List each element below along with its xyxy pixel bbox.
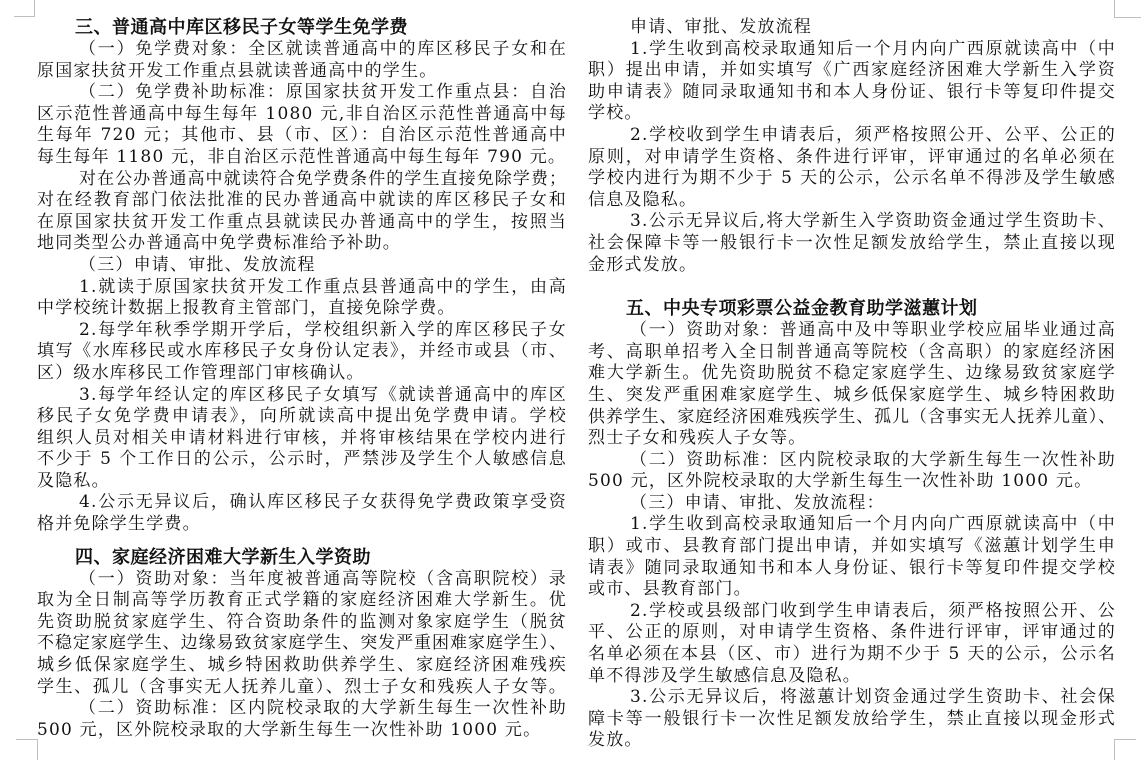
text-line: 500 元，区外院校录取的大学新生每生一次性补助 1000 元。 xyxy=(588,471,1116,493)
corner-mark-bottom-left xyxy=(37,739,38,760)
text-line: 2.学校收到学生申请表后，须严格按照公开、公平、公正的 xyxy=(588,125,1116,147)
text-line: 4.公示无异议后，确认库区移民子女获得免学费政策享受资 xyxy=(37,492,567,514)
text-line: 格并免除学生学费。 xyxy=(37,514,567,536)
corner-mark-bottom-right xyxy=(1114,739,1136,740)
text-line: （二）资助标准：区内院校录取的大学新生每生一次性补助 xyxy=(37,698,567,720)
text-line: 供养学生、家庭经济困难残疾学生、孤儿（含事实无人抚养儿童）、 xyxy=(588,407,1116,429)
text-line: （三）申请、审批、发放流程： xyxy=(588,493,1116,515)
text-line: 不稳定家庭学生、边缘易致贫家庭学生、突发严重困难家庭学生）、 xyxy=(37,633,567,655)
text-line: 学生、孤儿（含事实无人抚养儿童）、烈士子女和残疾人子女等。 xyxy=(37,677,567,699)
text-line: 3.公示无异议后,将大学新生入学资助资金通过学生资助卡、 xyxy=(588,211,1116,233)
text-line: 难大学新生。优先资助脱贫不稳定家庭学生、边缘易致贫家庭学 xyxy=(588,363,1116,385)
right-column: 申请、审批、发放流程1.学生收到高校录取通知后一个月内向广西原就读高中（中职）提… xyxy=(588,17,1116,752)
text-line: 请表》随同录取通知书和本人身份证、银行卡等复印件提交学校 xyxy=(588,558,1116,580)
corner-mark-top-right xyxy=(1114,17,1141,18)
text-line: （一）资助对象：普通高中及中等职业学校应届毕业通过高 xyxy=(588,320,1116,342)
text-line: 生每年 720 元；其他市、县（市、区）：自治区示范性普通高中 xyxy=(37,125,567,147)
text-line: 填写《水库移民或水库移民子女身份认定表》，并经市或县（市、 xyxy=(37,341,567,363)
text-line: 2.学校或县级部门收到学生申请表后，须严格按照公开、公 xyxy=(588,601,1116,623)
corner-mark-top-left xyxy=(14,16,35,17)
corner-mark-bottom-left xyxy=(16,739,38,740)
corner-mark-top-left xyxy=(34,0,35,17)
section-3-body: （一）免学费对象：全区就读普通高中的库区移民子女和在原国家扶贫开发工作重点县就读… xyxy=(37,39,567,536)
text-line: 学校。 xyxy=(588,103,1116,125)
corner-mark-top-right xyxy=(1114,0,1115,18)
text-line: 2.每学年秋季学期开学后，学校组织新入学的库区移民子女 xyxy=(37,320,567,342)
text-line: 1.学生收到高校录取通知后一个月内向广西原就读高中（中 xyxy=(588,39,1116,61)
text-line: 组织人员对相关申请材料进行审核，并将审核结果在学校内进行 xyxy=(37,428,567,450)
text-line: 原国家扶贫开发工作重点县就读普通高中的学生。 xyxy=(37,61,567,83)
text-line: 烈士子女和残疾人子女等。 xyxy=(588,428,1116,450)
text-line: 3.每学年经认定的库区移民子女填写《就读普通高中的库区 xyxy=(37,385,567,407)
section-gap xyxy=(588,276,1116,298)
text-line: 在原国家扶贫开发工作重点县就读民办普通高中的学生，按照当 xyxy=(37,212,567,234)
text-line: 500 元，区外院校录取的大学新生每生一次性补助 1000 元。 xyxy=(37,720,567,742)
section-5-body: （一）资助对象：普通高中及中等职业学校应届毕业通过高考、高职单招考入全日制普通高… xyxy=(588,320,1116,752)
text-line: 取为全日制高等学历教育正式学籍的家庭经济困难大学新生。优 xyxy=(37,590,567,612)
text-line: 生、突发严重困难家庭学生、城乡低保家庭学生、城乡特困救助 xyxy=(588,385,1116,407)
text-line: 1.就读于原国家扶贫开发工作重点县普通高中的学生，由高 xyxy=(37,277,567,299)
text-line: 不少于 5 个工作日的公示，公示时，严禁涉及学生个人敏感信息 xyxy=(37,449,567,471)
text-line: （一）资助对象：当年度被普通高等院校（含高职院校）录 xyxy=(37,569,567,591)
text-line: 职）或市、县教育部门提出申请，并如实填写《滋蕙计划学生申 xyxy=(588,536,1116,558)
section-heading-3: 三、普通高中库区移民子女等学生免学费 xyxy=(37,17,567,39)
document-page: 三、普通高中库区移民子女等学生免学费 （一）免学费对象：全区就读普通高中的库区移… xyxy=(0,0,1141,770)
text-line: 单不得涉及学生敏感信息及隐私。 xyxy=(588,666,1116,688)
text-line: 考、高职单招考入全日制普通高等院校（含高职）的家庭经济困 xyxy=(588,342,1116,364)
text-line: 助申请表》随同录取通知书和本人身份证、银行卡等复印件提交 xyxy=(588,82,1116,104)
text-line: 区示范性普通高中每生每年 1080 元,非自治区示范性普通高中每 xyxy=(37,104,567,126)
text-line: 区）级水库移民工作管理部门审核确认。 xyxy=(37,363,567,385)
text-line: 地同类型公办普通高中免学费标准给予补助。 xyxy=(37,233,567,255)
text-line: 对在公办普通高中就读符合免学费条件的学生直接免除学费； xyxy=(37,169,567,191)
text-line: 对在经教育部门依法批准的民办普通高中就读的库区移民子女和 xyxy=(37,190,567,212)
text-line: 城乡低保家庭学生、城乡特困救助供养学生、家庭经济困难残疾 xyxy=(37,655,567,677)
text-line: 障卡等一般银行卡一次性足额发放给学生，禁止直接以现金形式 xyxy=(588,709,1116,731)
text-line: （三）申请、审批、发放流程 xyxy=(37,255,567,277)
text-line: 3.公示无异议后，将滋蕙计划资金通过学生资助卡、社会保 xyxy=(588,687,1116,709)
text-line: （一）免学费对象：全区就读普通高中的库区移民子女和在 xyxy=(37,39,567,61)
text-line: 先资助脱贫家庭学生、符合资助条件的监测对象家庭学生（脱贫 xyxy=(37,612,567,634)
text-line: 原则，对申请学生资格、条件进行评审，评审通过的名单必须在 xyxy=(588,147,1116,169)
text-line: 每生每年 1180 元，非自治区示范性普通高中每生每年 790 元。 xyxy=(37,147,567,169)
text-line: 移民子女免学费申请表》，向所就读高中提出免学费申请。学校 xyxy=(37,406,567,428)
section-heading-5: 五、中央专项彩票公益金教育助学滋蕙计划 xyxy=(588,298,1116,320)
text-line: 申请、审批、发放流程 xyxy=(588,17,1116,39)
text-line: 中学校统计数据上报教育主管部门，直接免除学费。 xyxy=(37,298,567,320)
text-line: 金形式发放。 xyxy=(588,255,1116,277)
text-line: 及隐私。 xyxy=(37,471,567,493)
text-line: 名单必须在本县（区、市）进行为期不少于 5 天的公示，公示名 xyxy=(588,644,1116,666)
section-heading-4: 四、家庭经济困难大学新生入学资助 xyxy=(37,547,567,569)
text-line: 发放。 xyxy=(588,730,1116,752)
text-line: 职）提出申请，并如实填写《广西家庭经济困难大学新生入学资 xyxy=(588,60,1116,82)
section-4-body: （一）资助对象：当年度被普通高等院校（含高职院校）录取为全日制高等学历教育正式学… xyxy=(37,569,567,742)
left-column: 三、普通高中库区移民子女等学生免学费 （一）免学费对象：全区就读普通高中的库区移… xyxy=(37,17,567,741)
text-line: 学校内进行为期不少于 5 天的公示，公示名单不得涉及学生敏感 xyxy=(588,168,1116,190)
section-4-continued-body: 申请、审批、发放流程1.学生收到高校录取通知后一个月内向广西原就读高中（中职）提… xyxy=(588,17,1116,276)
text-line: 1.学生收到高校录取通知后一个月内向广西原就读高中（中 xyxy=(588,514,1116,536)
text-line: 信息及隐私。 xyxy=(588,190,1116,212)
text-line: （二）免学费补助标准：原国家扶贫开发工作重点县：自治 xyxy=(37,82,567,104)
section-gap xyxy=(37,536,567,547)
text-line: 社会保障卡等一般银行卡一次性足额发放给学生，禁止直接以现 xyxy=(588,233,1116,255)
text-line: 平、公正的原则，对申请学生资格、条件进行评审，评审通过的 xyxy=(588,622,1116,644)
text-line: 或市、县教育部门。 xyxy=(588,579,1116,601)
text-line: （二）资助标准：区内院校录取的大学新生每生一次性补助 xyxy=(588,450,1116,472)
